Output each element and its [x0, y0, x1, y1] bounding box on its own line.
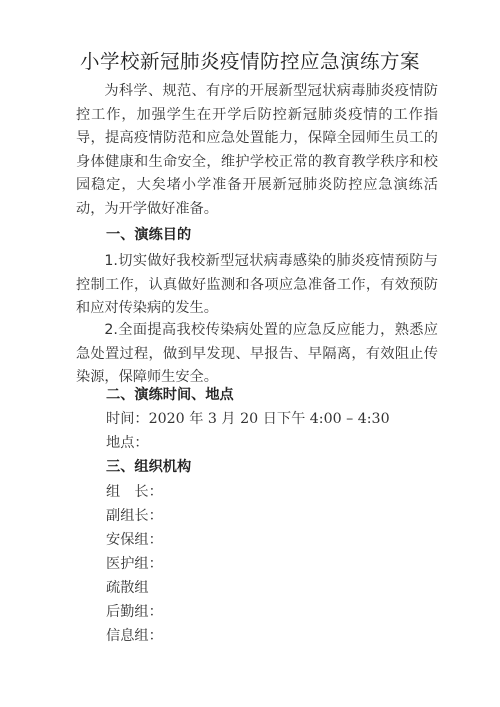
- section-heading-purpose: 一、演练目的: [106, 225, 191, 245]
- document-page: 小学校新冠肺炎疫情防控应急演练方案 为科学、规范、有序的开展新型冠状病毒肺炎疫情…: [0, 0, 500, 707]
- section-heading-organization: 三、组织机构: [106, 457, 191, 477]
- time-line: 时间：2020 年 3 月 20 日下午 4:00 – 4:30: [106, 409, 390, 429]
- purpose-paragraph-2: 2.全面提高我校传染病处置的应急反应能力，熟悉应急处置过程，做到早发现、早报告、…: [76, 319, 438, 390]
- document-title: 小学校新冠肺炎疫情防控应急演练方案: [0, 46, 500, 74]
- role-logistics-group: 后勤组：: [106, 602, 163, 622]
- role-leader: 组 长：: [106, 482, 163, 502]
- role-evacuation-group: 疏散组: [106, 578, 149, 598]
- section-heading-time-place: 二、演练时间、地点: [106, 385, 234, 405]
- intro-paragraph: 为科学、规范、有序的开展新型冠状病毒肺炎疫情防控工作，加强学生在开学后防控新冠肺…: [76, 80, 438, 221]
- time-value: 2020 年 3 月 20 日下午 4:00 – 4:30: [149, 411, 390, 427]
- place-line: 地点：: [106, 433, 149, 453]
- place-label: 地点：: [106, 435, 149, 451]
- role-security-group: 安保组：: [106, 530, 163, 550]
- purpose-paragraph-1: 1.切实做好我校新型冠状病毒感染的肺炎疫情预防与控制工作，认真做好监测和各项应急…: [76, 250, 438, 321]
- role-information-group: 信息组：: [106, 626, 163, 646]
- role-medical-group: 医护组：: [106, 554, 163, 574]
- role-deputy-leader: 副组长：: [106, 506, 163, 526]
- time-label: 时间：: [106, 411, 149, 427]
